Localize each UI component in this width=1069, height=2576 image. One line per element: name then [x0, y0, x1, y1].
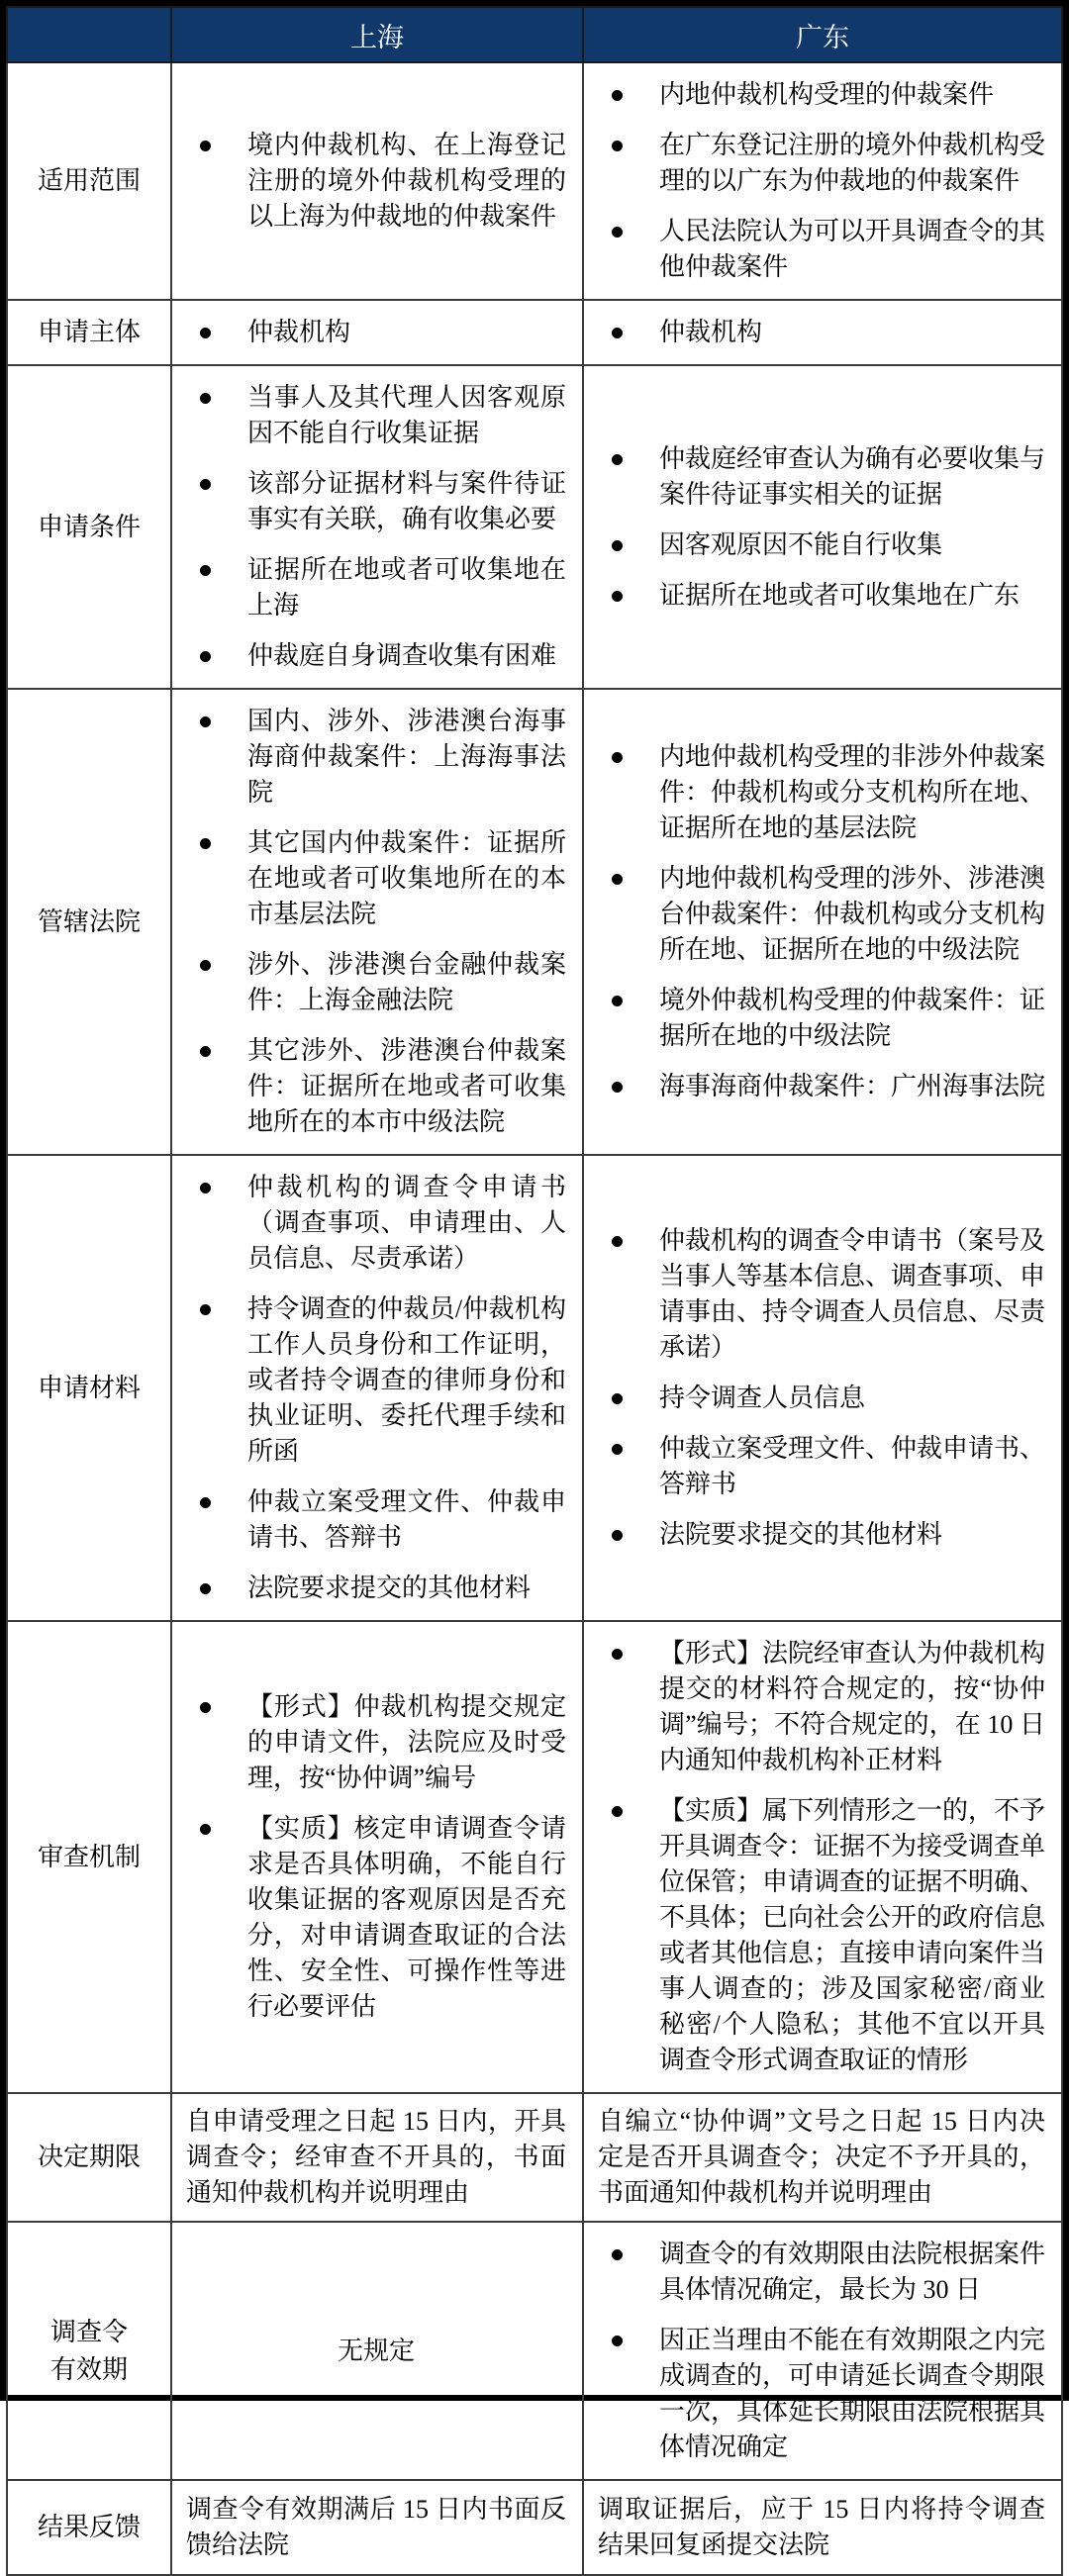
bullet-item: 国内、涉外、涉港澳台海事海商仲裁案件：上海海事法院	[192, 704, 566, 811]
table-cell: 仲裁机构的调查令申请书（调查事项、申请理由、人员信息、尽责承诺）持令调查的仲裁员…	[171, 1155, 583, 1621]
bullet-list: 境内仲裁机构、在上海登记注册的境外仲裁机构受理的以上海为仲裁地的仲裁案件	[186, 128, 566, 235]
row-label: 结果反馈	[7, 2480, 171, 2575]
bullet-item: 仲裁机构的调查令申请书（案号及当事人等基本信息、调查事项、申请事由、持令调查人员…	[604, 1223, 1045, 1366]
bullet-item: 仲裁立案受理文件、仲裁申请书、答辩书	[192, 1484, 566, 1556]
bullet-item: 仲裁庭自身调查收集有困难	[192, 638, 566, 674]
table-row: 适用范围境内仲裁机构、在上海登记注册的境外仲裁机构受理的以上海为仲裁地的仲裁案件…	[7, 62, 1062, 300]
table-cell: 自编立“协仲调”文号之日起 15 日内决定是否开具调查令；决定不予开具的，书面通…	[583, 2093, 1062, 2222]
table-cell: 【形式】法院经审查认为仲裁机构提交的材料符合规定的，按“协仲调”编号；不符合规定…	[583, 1621, 1062, 2093]
bullet-item: 【形式】法院经审查认为仲裁机构提交的材料符合规定的，按“协仲调”编号；不符合规定…	[604, 1636, 1045, 1778]
table-cell: 调取证据后，应于 15 日内将持令调查结果回复函提交法院	[583, 2480, 1062, 2575]
row-label: 申请条件	[7, 365, 171, 689]
bullet-list: 【形式】仲裁机构提交规定的申请文件，法院应及时受理，按“协仲调”编号【实质】核定…	[186, 1689, 566, 2025]
bullet-item: 仲裁机构	[604, 315, 1045, 350]
table-row: 决定期限自申请受理之日起 15 日内，开具调查令；经审查不开具的，书面通知仲裁机…	[7, 2093, 1062, 2222]
bullet-item: 内地仲裁机构受理的涉外、涉港澳台仲裁案件：仲裁机构或分支机构所在地、证据所在地的…	[604, 861, 1045, 968]
table-row: 管辖法院国内、涉外、涉港澳台海事海商仲裁案件：上海海事法院其它国内仲裁案件：证据…	[7, 689, 1062, 1155]
bullet-item: 内地仲裁机构受理的非涉外仲裁案件：仲裁机构或分支机构所在地、证据所在地的基层法院	[604, 739, 1045, 846]
table-cell: 调查令的有效期限由法院根据案件具体情况确定，最长为 30 日因正当理由不能在有效…	[583, 2222, 1062, 2480]
bullet-item: 境外仲裁机构受理的仲裁案件：证据所在地的中级法院	[604, 983, 1045, 1054]
bullet-item: 海事海商仲裁案件：广州海事法院	[604, 1069, 1045, 1104]
table-row: 结果反馈调查令有效期满后 15 日内书面反馈给法院调取证据后，应于 15 日内将…	[7, 2480, 1062, 2575]
bullet-item: 当事人及其代理人因客观原因不能自行收集证据	[192, 380, 566, 451]
table-cell: 仲裁机构的调查令申请书（案号及当事人等基本信息、调查事项、申请事由、持令调查人员…	[583, 1155, 1062, 1621]
row-label: 调查令 有效期	[7, 2222, 171, 2480]
arbitration-investigation-order-comparison-table: 上海 广东 适用范围境内仲裁机构、在上海登记注册的境外仲裁机构受理的以上海为仲裁…	[6, 6, 1063, 2576]
bullet-item: 【实质】属下列情形之一的，不予开具调查令：证据不为接受调查单位保管；申请调查的证…	[604, 1793, 1045, 2078]
cell-text: 调查令有效期满后 15 日内书面反馈给法院	[186, 2492, 566, 2563]
table-cell: 【形式】仲裁机构提交规定的申请文件，法院应及时受理，按“协仲调”编号【实质】核定…	[171, 1621, 583, 2093]
row-label: 决定期限	[7, 2093, 171, 2222]
cell-text: 无规定	[186, 2334, 566, 2369]
bullet-item: 境内仲裁机构、在上海登记注册的境外仲裁机构受理的以上海为仲裁地的仲裁案件	[192, 128, 566, 235]
cell-text: 自编立“协仲调”文号之日起 15 日内决定是否开具调查令；决定不予开具的，书面通…	[598, 2104, 1045, 2211]
bullet-item: 证据所在地或者可收集地在广东	[604, 578, 1045, 614]
bullet-item: 持令调查的仲裁员/仲裁机构工作人员身份和工作证明，或者持令调查的律师身份和执业证…	[192, 1291, 566, 1470]
row-label: 管辖法院	[7, 689, 171, 1155]
bullet-item: 持令调查人员信息	[604, 1381, 1045, 1416]
bullet-list: 内地仲裁机构受理的非涉外仲裁案件：仲裁机构或分支机构所在地、证据所在地的基层法院…	[598, 739, 1045, 1104]
table-cell: 自申请受理之日起 15 日内，开具调查令；经审查不开具的，书面通知仲裁机构并说明…	[171, 2093, 583, 2222]
bullet-item: 仲裁立案受理文件、仲裁申请书、答辩书	[604, 1431, 1045, 1502]
bullet-item: 其它国内仲裁案件：证据所在地或者可收集地所在的本市基层法院	[192, 825, 566, 932]
bullet-item: 内地仲裁机构受理的仲裁案件	[604, 77, 1045, 113]
table-cell: 内地仲裁机构受理的非涉外仲裁案件：仲裁机构或分支机构所在地、证据所在地的基层法院…	[583, 689, 1062, 1155]
table-cell: 仲裁机构	[583, 300, 1062, 365]
table-cell: 内地仲裁机构受理的仲裁案件在广东登记注册的境外仲裁机构受理的以广东为仲裁地的仲裁…	[583, 62, 1062, 300]
row-label: 申请主体	[7, 300, 171, 365]
bullet-item: 调查令的有效期限由法院根据案件具体情况确定，最长为 30 日	[604, 2237, 1045, 2308]
cell-text: 自申请受理之日起 15 日内，开具调查令；经审查不开具的，书面通知仲裁机构并说明…	[186, 2104, 566, 2211]
comparison-table-frame: 上海 广东 适用范围境内仲裁机构、在上海登记注册的境外仲裁机构受理的以上海为仲裁…	[0, 0, 1069, 2401]
header-cell-empty	[7, 7, 171, 62]
cell-text: 调取证据后，应于 15 日内将持令调查结果回复函提交法院	[598, 2492, 1045, 2563]
bullet-item: 仲裁机构的调查令申请书（调查事项、申请理由、人员信息、尽责承诺）	[192, 1170, 566, 1277]
bullet-item: 【形式】仲裁机构提交规定的申请文件，法院应及时受理，按“协仲调”编号	[192, 1689, 566, 1796]
table-cell: 国内、涉外、涉港澳台海事海商仲裁案件：上海海事法院其它国内仲裁案件：证据所在地或…	[171, 689, 583, 1155]
bullet-item: 因正当理由不能在有效期限之内完成调查的，可申请延长调查令期限一次，具体延长期限由…	[604, 2323, 1045, 2465]
bullet-item: 仲裁庭经审查认为确有必要收集与案件待证事实相关的证据	[604, 441, 1045, 513]
bullet-list: 仲裁机构	[186, 315, 566, 350]
bullet-list: 调查令的有效期限由法院根据案件具体情况确定，最长为 30 日因正当理由不能在有效…	[598, 2237, 1045, 2465]
bullet-item: 仲裁机构	[192, 315, 566, 350]
table-row: 申请条件当事人及其代理人因客观原因不能自行收集证据该部分证据材料与案件待证事实有…	[7, 365, 1062, 689]
bullet-item: 【实质】核定申请调查令请求是否具体明确，不能自行收集证据的客观原因是否充分，对申…	[192, 1811, 566, 2025]
header-row: 上海 广东	[7, 7, 1062, 62]
bullet-item: 其它涉外、涉港澳台仲裁案件：证据所在地或者可收集地所在的本市中级法院	[192, 1033, 566, 1140]
bullet-list: 国内、涉外、涉港澳台海事海商仲裁案件：上海海事法院其它国内仲裁案件：证据所在地或…	[186, 704, 566, 1140]
header-cell-guangdong: 广东	[583, 7, 1062, 62]
bullet-list: 仲裁机构的调查令申请书（案号及当事人等基本信息、调查事项、申请事由、持令调查人员…	[598, 1223, 1045, 1553]
header-cell-shanghai: 上海	[171, 7, 583, 62]
bullet-item: 在广东登记注册的境外仲裁机构受理的以广东为仲裁地的仲裁案件	[604, 128, 1045, 199]
bullet-item: 人民法院认为可以开具调查令的其他仲裁案件	[604, 214, 1045, 285]
bullet-list: 仲裁机构的调查令申请书（调查事项、申请理由、人员信息、尽责承诺）持令调查的仲裁员…	[186, 1170, 566, 1606]
table-cell: 无规定	[171, 2222, 583, 2480]
bullet-item: 该部分证据材料与案件待证事实有关联，确有收集必要	[192, 466, 566, 537]
bullet-item: 因客观原因不能自行收集	[604, 527, 1045, 563]
row-label: 适用范围	[7, 62, 171, 300]
bullet-list: 内地仲裁机构受理的仲裁案件在广东登记注册的境外仲裁机构受理的以广东为仲裁地的仲裁…	[598, 77, 1045, 285]
table-cell: 仲裁庭经审查认为确有必要收集与案件待证事实相关的证据因客观原因不能自行收集证据所…	[583, 365, 1062, 689]
table-row: 审查机制【形式】仲裁机构提交规定的申请文件，法院应及时受理，按“协仲调”编号【实…	[7, 1621, 1062, 2093]
bullet-list: 仲裁庭经审查认为确有必要收集与案件待证事实相关的证据因客观原因不能自行收集证据所…	[598, 441, 1045, 614]
bullet-item: 法院要求提交的其他材料	[192, 1571, 566, 1606]
table-row: 申请主体仲裁机构仲裁机构	[7, 300, 1062, 365]
table-cell: 境内仲裁机构、在上海登记注册的境外仲裁机构受理的以上海为仲裁地的仲裁案件	[171, 62, 583, 300]
table-row: 调查令 有效期无规定调查令的有效期限由法院根据案件具体情况确定，最长为 30 日…	[7, 2222, 1062, 2480]
table-cell: 当事人及其代理人因客观原因不能自行收集证据该部分证据材料与案件待证事实有关联，确…	[171, 365, 583, 689]
bullet-item: 涉外、涉港澳台金融仲裁案件：上海金融法院	[192, 947, 566, 1018]
table-cell: 仲裁机构	[171, 300, 583, 365]
bullet-item: 证据所在地或者可收集地在上海	[192, 552, 566, 623]
bullet-item: 法院要求提交的其他材料	[604, 1517, 1045, 1553]
table-row: 申请材料仲裁机构的调查令申请书（调查事项、申请理由、人员信息、尽责承诺）持令调查…	[7, 1155, 1062, 1621]
bullet-list: 【形式】法院经审查认为仲裁机构提交的材料符合规定的，按“协仲调”编号；不符合规定…	[598, 1636, 1045, 2078]
row-label: 申请材料	[7, 1155, 171, 1621]
bullet-list: 仲裁机构	[598, 315, 1045, 350]
bullet-list: 当事人及其代理人因客观原因不能自行收集证据该部分证据材料与案件待证事实有关联，确…	[186, 380, 566, 674]
table-cell: 调查令有效期满后 15 日内书面反馈给法院	[171, 2480, 583, 2575]
row-label: 审查机制	[7, 1621, 171, 2093]
